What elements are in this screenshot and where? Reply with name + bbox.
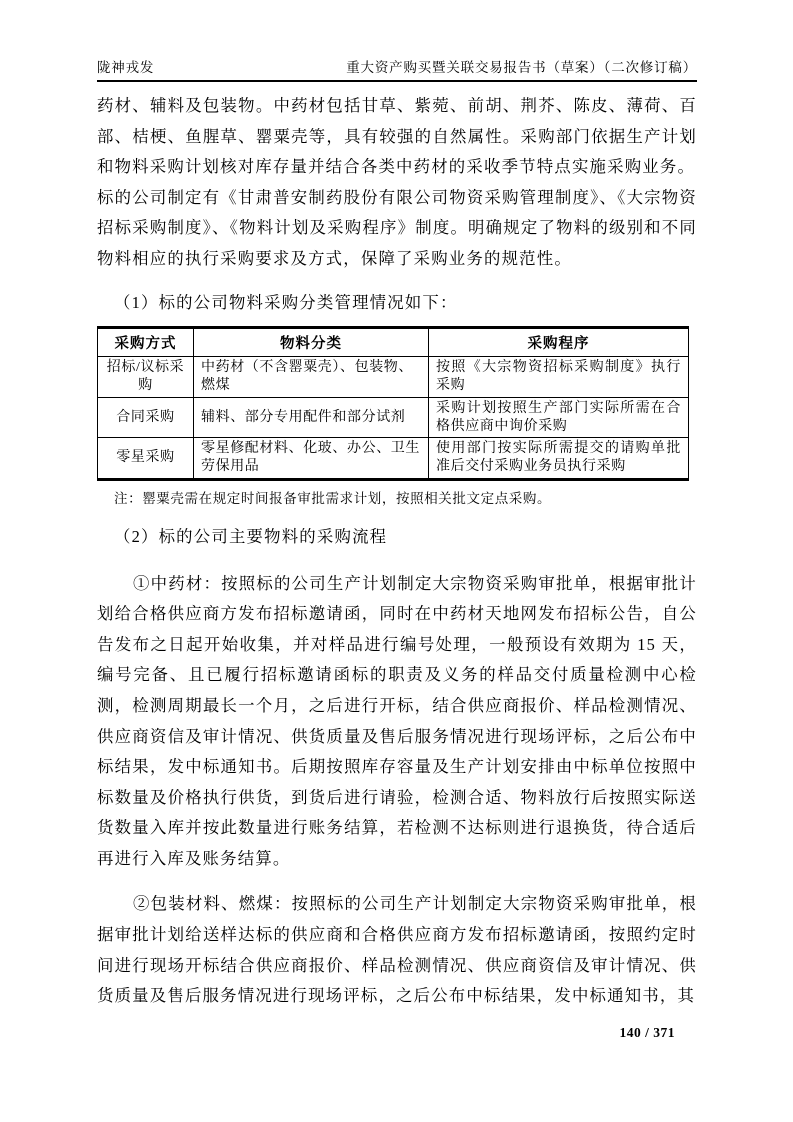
cell-material-class: 辅料、部分专用配件和部分试剂 <box>194 397 429 438</box>
heading-classification: （1）标的公司物料采购分类管理情况如下： <box>97 288 697 319</box>
page-header: 陇神戎发 重大资产购买暨关联交易报告书（草案）（二次修订稿） <box>97 56 697 82</box>
paragraph-materials-overview: 药材、辅料及包装物。中药材包括甘草、紫菀、前胡、荆芥、陈皮、薄荷、百部、桔梗、鱼… <box>97 91 697 183</box>
page-content: 药材、辅料及包装物。中药材包括甘草、紫菀、前胡、荆芥、陈皮、薄荷、百部、桔梗、鱼… <box>97 91 697 1012</box>
cell-procedure: 按照《大宗物资招标采购制度》执行采购 <box>429 357 689 398</box>
table-row-contract: 合同采购 辅料、部分专用配件和部分试剂 采购计划按照生产部门实际所需在合格供应商… <box>98 397 689 438</box>
table-row-bidding: 招标/议标采购 中药材（不含罂粟壳）、包装物、燃煤 按照《大宗物资招标采购制度》… <box>98 357 689 398</box>
cell-procedure: 使用部门按实际所需提交的请购单批准后交付采购业务员执行采购 <box>429 438 689 480</box>
cell-material-class: 中药材（不含罂粟壳）、包装物、燃煤 <box>194 357 429 398</box>
column-header-material-class: 物料分类 <box>194 328 429 357</box>
table-row-sporadic: 零星采购 零星修配材料、化玻、办公、卫生劳保用品 使用部门按实际所需提交的请购单… <box>98 438 689 480</box>
column-header-procedure: 采购程序 <box>429 328 689 357</box>
heading-procurement-process: （2）标的公司主要物料的采购流程 <box>97 522 697 553</box>
paragraph-packaging-fuel-process: ②包装材料、燃煤：按照标的公司生产计划制定大宗物资采购审批单，根据审批计划给送样… <box>97 889 697 1011</box>
cell-procedure: 采购计划按照生产部门实际所需在合格供应商中询价采购 <box>429 397 689 438</box>
table-header-row: 采购方式 物料分类 采购程序 <box>98 328 689 357</box>
page-number: 140 / 371 <box>97 1025 675 1041</box>
cell-method: 招标/议标采购 <box>98 357 194 398</box>
paragraph-procurement-policies: 标的公司制定有《甘肃普安制药股份有限公司物资采购管理制度》、《大宗物资招标采购制… <box>97 183 697 275</box>
cell-material-class: 零星修配材料、化玻、办公、卫生劳保用品 <box>194 438 429 480</box>
header-report-title: 重大资产购买暨关联交易报告书（草案）（二次修订稿） <box>346 56 697 76</box>
procurement-classification-table: 采购方式 物料分类 采购程序 招标/议标采购 中药材（不含罂粟壳）、包装物、燃煤… <box>97 326 689 481</box>
table-footnote: 注：罂粟壳需在规定时间报备审批需求计划，按照相关批文定点采购。 <box>97 489 697 509</box>
column-header-method: 采购方式 <box>98 328 194 357</box>
paragraph-herbs-process: ①中药材：按照标的公司生产计划制定大宗物资采购审批单，根据审批计划给合格供应商方… <box>97 569 697 875</box>
cell-method: 合同采购 <box>98 397 194 438</box>
cell-method: 零星采购 <box>98 438 194 480</box>
document-page: 陇神戎发 重大资产购买暨关联交易报告书（草案）（二次修订稿） 药材、辅料及包装物… <box>0 0 793 1122</box>
header-company-name: 陇神戎发 <box>97 56 154 76</box>
